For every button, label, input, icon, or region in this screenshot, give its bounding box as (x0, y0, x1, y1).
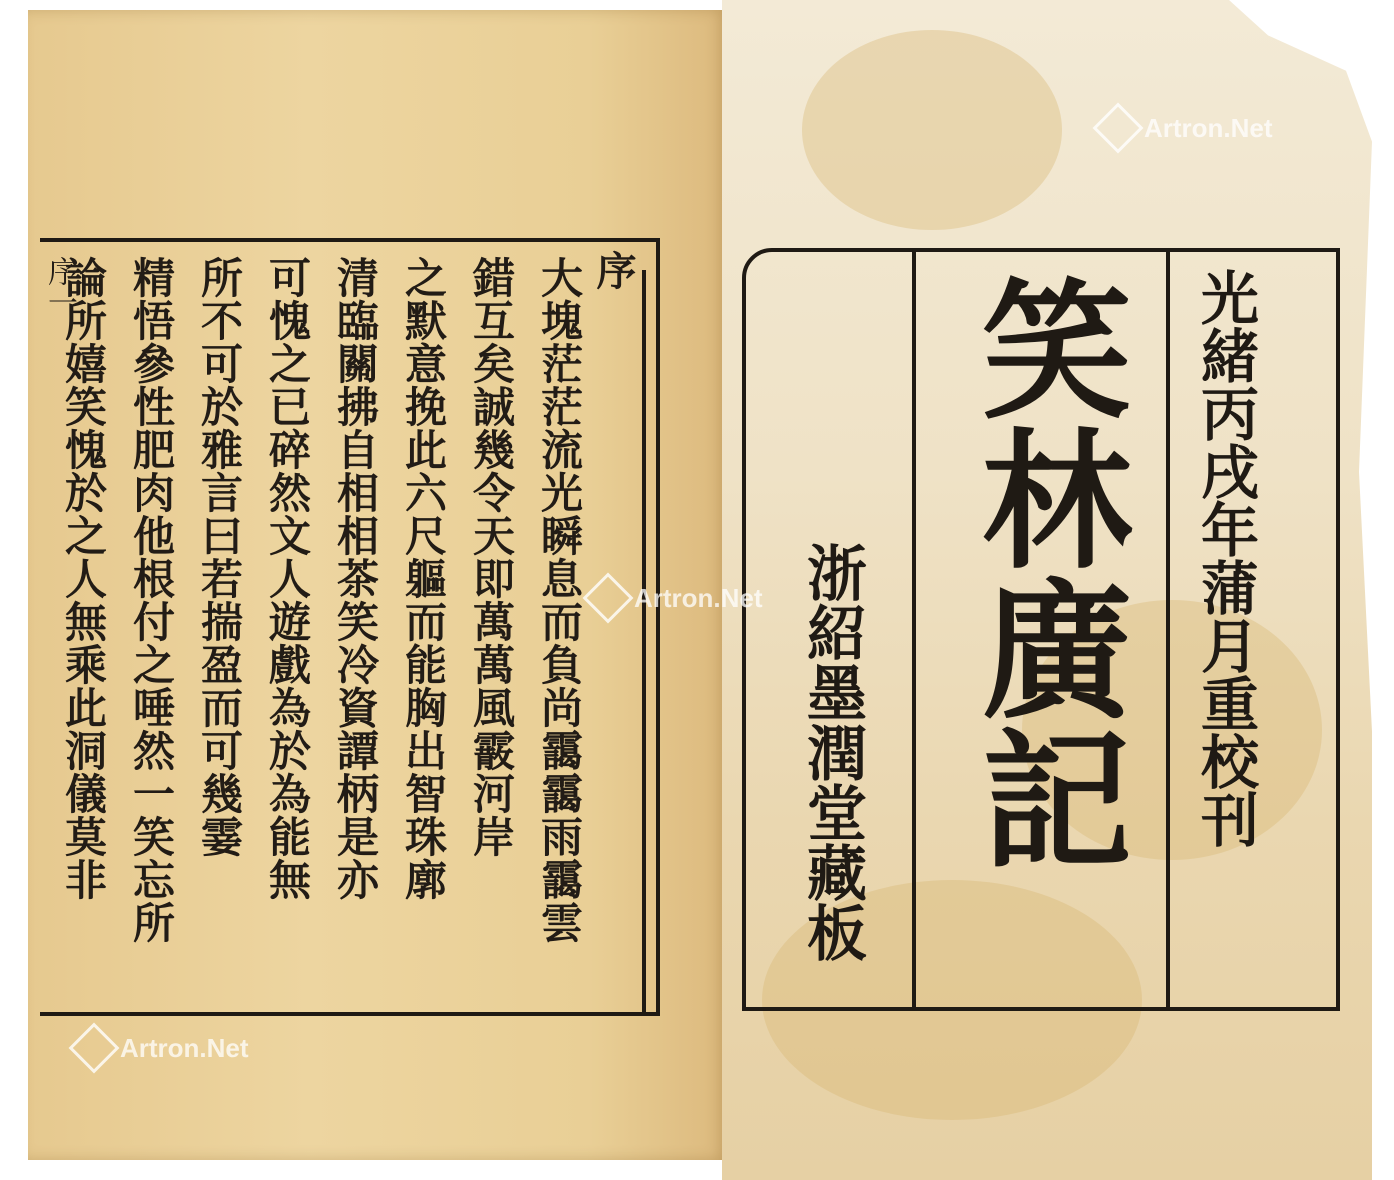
watermark: Artron.Net (590, 580, 763, 616)
artron-logo-icon (1093, 103, 1144, 154)
text-column-8: 論所嬉笑愧於之人無乘此洞儀莫非 (58, 256, 108, 901)
watermark-text: Artron.Net (634, 583, 763, 614)
watermark: Artron.Net (1100, 110, 1273, 146)
frame-divider (1166, 252, 1170, 1007)
watermark-text: Artron.Net (1144, 113, 1273, 144)
text-column-1: 大塊茫茫流光瞬息而負尚靄靄雨靄雲 (534, 256, 584, 944)
text-column-7: 精悟參性肥肉他根付之唾然一笑忘所 (126, 256, 176, 944)
artron-logo-icon (583, 573, 634, 624)
frame-inner-rule (642, 270, 646, 1012)
text-column-4: 清臨關拂自相相茶笑冷資譚柄是亦 (330, 256, 380, 901)
artron-logo-icon (69, 1023, 120, 1074)
preface-text-frame: 序 大塊茫茫流光瞬息而負尚靄靄雨靄雲 錯互矣誠幾令天即萬萬風霰河岸 之默意挽此六… (40, 238, 660, 1016)
title-page-frame: 浙紹墨潤堂藏板 笑林廣記 光緒丙戌年蒲月重校刊 (742, 248, 1340, 1011)
text-column-3: 之默意挽此六尺軀而能胸出智珠廓 (398, 256, 448, 901)
watermark-text: Artron.Net (120, 1033, 249, 1064)
margin-label: 序一 (34, 256, 84, 318)
watermark: Artron.Net (76, 1030, 249, 1066)
paper-stain (802, 30, 1062, 230)
text-column-5: 可愧之已碎然文人遊戲為於為能無 (262, 256, 312, 901)
text-column-2: 錯互矣誠幾令天即萬萬風霰河岸 (466, 256, 516, 858)
text-column-6: 所不可於雅言曰若揣盈而可幾霎 (194, 256, 244, 858)
book-title: 笑林廣記 (956, 272, 1131, 872)
publisher-line: 浙紹墨潤堂藏板 (796, 542, 868, 962)
date-line: 光緒丙戌年蒲月重校刊 (1192, 268, 1258, 848)
frame-divider (912, 252, 916, 1007)
section-label: 序 (588, 250, 638, 291)
